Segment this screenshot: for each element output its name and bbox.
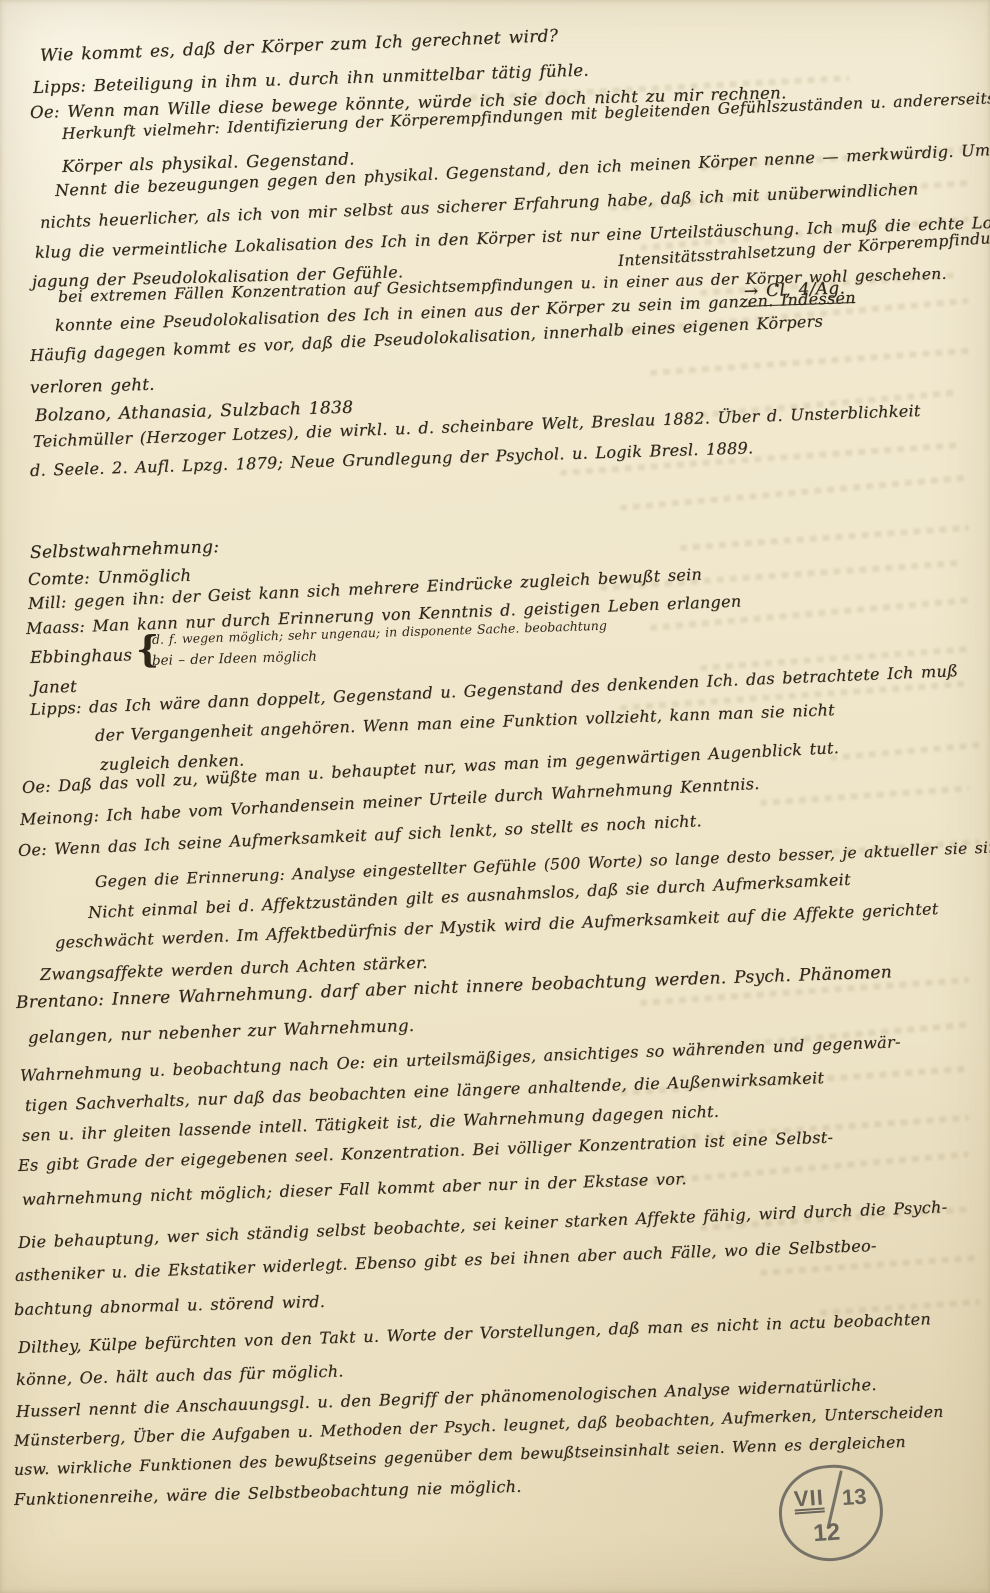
handwriting-line: wahrnehmung nicht möglich; dieser Fall k…	[22, 1171, 687, 1208]
handwriting-line: gelangen, nur nebenher zur Wahrnehmung.	[28, 1018, 415, 1047]
stamp-upper-number: 13	[841, 1484, 867, 1512]
handwriting-line: {	[136, 632, 159, 668]
archive-stamp: VII 13 12	[776, 1461, 886, 1564]
handwriting-line: Bolzano, Athanasia, Sulzbach 1838	[35, 400, 354, 425]
stamp-lower-number: 12	[812, 1518, 841, 1548]
bleed-through-streak	[830, 742, 980, 761]
bleed-through-streak	[760, 785, 970, 806]
handwriting-line: Selbstwahrnehmung:	[30, 539, 220, 562]
handwriting-line: Comte: Unmöglich	[28, 568, 192, 589]
handwriting-line: könne, Oe. hält auch das für möglich.	[16, 1363, 344, 1388]
bleed-through-streak	[680, 525, 970, 551]
handwriting-line: Ebbinghaus	[30, 647, 133, 666]
bleed-through-streak	[640, 1151, 969, 1186]
handwriting-line: Janet	[32, 679, 77, 697]
stamp-roman-numeral: VII	[793, 1484, 825, 1512]
handwriting-line: bei – der Ideen möglich	[152, 651, 317, 669]
bleed-through-streak	[620, 475, 969, 511]
handwriting-line: Dilthey, Külpe befürchten von den Takt u…	[18, 1311, 931, 1356]
manuscript-page: Wie kommt es, daß der Körper zum Ich ger…	[0, 0, 990, 1593]
bleed-through-streak	[760, 1255, 980, 1276]
handwriting-line: bachtung abnormal u. störend wird.	[14, 1294, 325, 1318]
bleed-through-streak	[650, 348, 970, 376]
handwriting-line: Funktionenreihe, wäre die Selbstbeobacht…	[14, 1479, 522, 1508]
handwriting-line: verloren geht.	[30, 377, 155, 397]
handwriting-line: Zwangsaffekte werden durch Achten stärke…	[40, 955, 428, 983]
handwriting-line: Wie kommt es, daß der Körper zum Ich ger…	[40, 28, 559, 65]
